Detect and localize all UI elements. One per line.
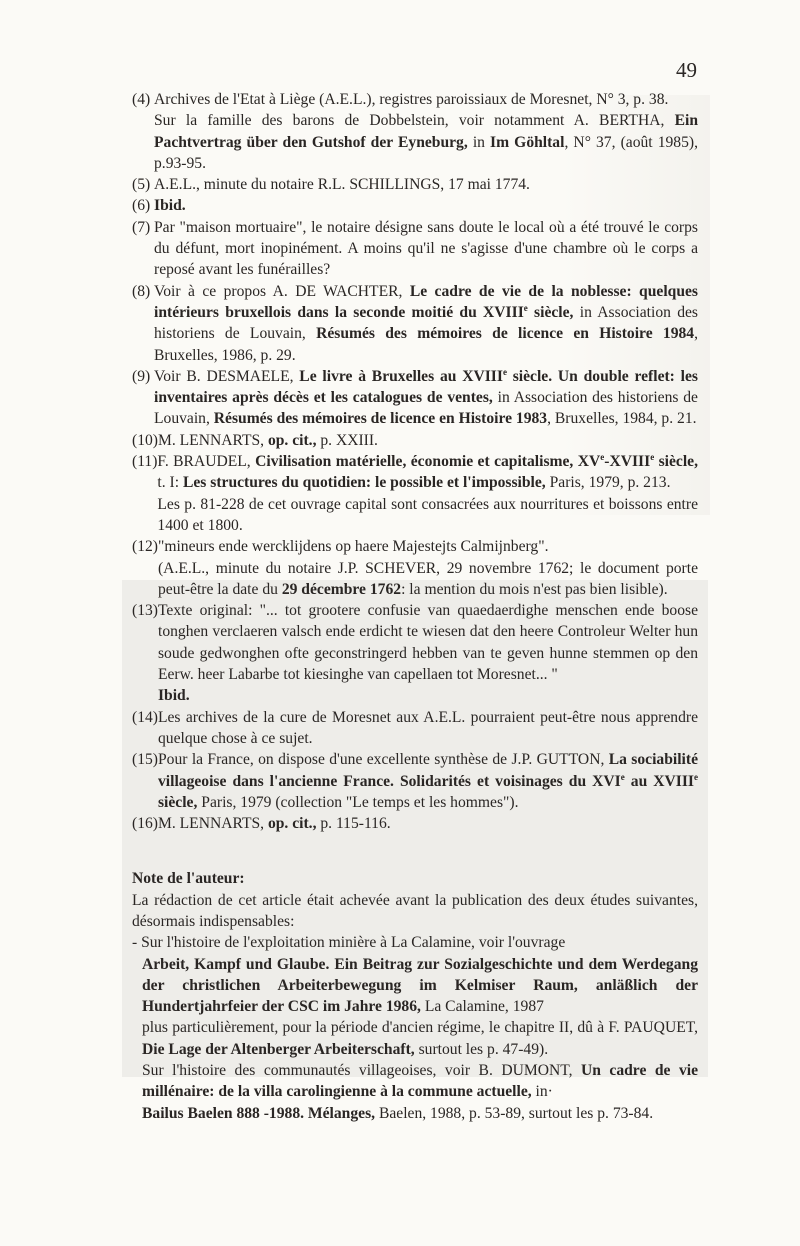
author-note: Note de l'auteur: La rédaction de cet ar… xyxy=(132,868,698,1124)
author-note-paragraph: Bailus Baelen 888 -1988. Mélanges, Baele… xyxy=(132,1103,698,1124)
bold-title: Le livre à Bruxelles au XVIII xyxy=(299,368,503,385)
text-run: Voir à ce propos A. DE WACHTER, xyxy=(154,283,410,300)
text-run: Archives de l'Etat à Liège (A.E.L.), reg… xyxy=(154,91,668,108)
footnote: (6)Ibid. xyxy=(154,195,698,216)
bold-title: Les structures du quotidien: le possible… xyxy=(183,474,546,491)
bold-title: Résumés des mémoires de licence en Histo… xyxy=(316,325,694,342)
footnotes-section: (4)Archives de l'Etat à Liège (A.E.L.), … xyxy=(154,89,698,1124)
text-run: in· xyxy=(532,1083,553,1100)
page-number: 49 xyxy=(676,58,697,83)
footnote-paragraph: Les p. 81-228 de cet ouvrage capital son… xyxy=(157,494,698,537)
footnote: (16)M. LENNARTS, op. cit., p. 115-116. xyxy=(154,813,698,834)
footnote-body: Ibid. xyxy=(154,195,698,216)
text-run: M. LENNARTS, xyxy=(158,432,268,449)
text-run: Les archives de la cure de Moresnet aux … xyxy=(158,709,698,747)
bold-title: au XVIII xyxy=(625,773,694,790)
footnote-paragraph: F. BRAUDEL, Civilisation matérielle, éco… xyxy=(157,451,698,494)
text-run: Paris, 1979, p. 213. xyxy=(546,474,671,491)
footnote-body: M. LENNARTS, op. cit., p. XXIII. xyxy=(158,430,698,451)
text-run: Paris, 1979 (collection "Le temps et les… xyxy=(197,794,518,811)
footnote: (9)Voir B. DESMAELE, Le livre à Bruxelle… xyxy=(154,366,698,430)
bold-title: siècle, xyxy=(528,304,574,321)
footnote-paragraph: Ibid. xyxy=(154,195,698,216)
footnote: (7)Par "maison mortuaire", le notaire dé… xyxy=(154,217,698,281)
bold-title: Civilisation matérielle, économie et cap… xyxy=(255,453,600,470)
footnote-paragraph: Sur la famille des barons de Dobbelstein… xyxy=(154,110,698,174)
bold-title: Résumés des mémoires de licence en Histo… xyxy=(214,410,547,427)
footnote: (5)A.E.L., minute du notaire R.L. SCHILL… xyxy=(154,174,698,195)
author-note-paragraph: Arbeit, Kampf und Glaube. Ein Beitrag zu… xyxy=(132,954,698,1018)
text-run: in xyxy=(468,134,490,151)
bold-title: siècle, xyxy=(158,794,197,811)
footnote-number: (10) xyxy=(132,430,158,451)
footnote-paragraph: A.E.L., minute du notaire R.L. SCHILLING… xyxy=(154,174,698,195)
footnote-paragraph: Ibid. xyxy=(158,685,698,706)
text-run: La Calamine, 1987 xyxy=(421,998,544,1015)
footnote-number: (7) xyxy=(132,217,154,281)
footnote-paragraph: Voir B. DESMAELE, Le livre à Bruxelles a… xyxy=(154,366,698,430)
footnote: (4)Archives de l'Etat à Liège (A.E.L.), … xyxy=(154,89,698,174)
footnote-body: Les archives de la cure de Moresnet aux … xyxy=(158,707,698,750)
footnote-paragraph: (A.E.L., minute du notaire J.P. SCHEVER,… xyxy=(158,558,698,601)
footnote-number: (5) xyxy=(132,174,154,195)
footnote-number: (6) xyxy=(132,195,154,216)
author-note-body: La rédaction de cet article était achevé… xyxy=(132,890,698,1124)
footnote-number: (15) xyxy=(132,749,158,813)
text-run: Par "maison mortuaire", le notaire désig… xyxy=(154,219,698,279)
footnote-body: A.E.L., minute du notaire R.L. SCHILLING… xyxy=(154,174,698,195)
footnote-number: (4) xyxy=(132,89,154,174)
bold-title: op. cit., xyxy=(268,815,317,832)
text-run: Baelen, 1988, p. 53-89, surtout les p. 7… xyxy=(375,1105,653,1122)
text-run: p. XXIII. xyxy=(316,432,378,449)
text-run: Texte original: "... tot grootere confus… xyxy=(158,602,698,683)
text-run: Sur la famille des barons de Dobbelstein… xyxy=(154,112,675,129)
text-run: Pour la France, on dispose d'une excelle… xyxy=(158,751,609,768)
footnote-paragraph: Par "maison mortuaire", le notaire désig… xyxy=(154,217,698,281)
footnote-number: (9) xyxy=(132,366,154,430)
footnote-number: (12) xyxy=(132,536,158,600)
text-run: plus particulièrement, pour la période d… xyxy=(142,1019,698,1036)
text-run: A.E.L., minute du notaire R.L. SCHILLING… xyxy=(154,176,530,193)
footnote: (8)Voir à ce propos A. DE WACHTER, Le ca… xyxy=(154,281,698,366)
text-run: M. LENNARTS, xyxy=(158,815,268,832)
superscript: e xyxy=(694,772,698,782)
footnote-body: F. BRAUDEL, Civilisation matérielle, éco… xyxy=(157,451,698,536)
bold-title: Ibid. xyxy=(158,687,190,704)
bold-title: Ibid. xyxy=(154,197,186,214)
footnote-body: Voir à ce propos A. DE WACHTER, Le cadre… xyxy=(154,281,698,366)
footnote-paragraph: Texte original: "... tot grootere confus… xyxy=(158,600,698,685)
text-run: surtout les p. 47-49). xyxy=(415,1041,548,1058)
bold-title: op. cit., xyxy=(268,432,317,449)
text-run: Sur l'histoire des communautés villageoi… xyxy=(142,1062,581,1079)
footnote: (11)F. BRAUDEL, Civilisation matérielle,… xyxy=(154,451,698,536)
footnote-paragraph: Pour la France, on dispose d'une excelle… xyxy=(158,749,698,813)
footnote-body: Pour la France, on dispose d'une excelle… xyxy=(158,749,698,813)
footnote-number: (13) xyxy=(132,600,158,706)
footnote-number: (14) xyxy=(132,707,158,750)
footnote-paragraph: Voir à ce propos A. DE WACHTER, Le cadre… xyxy=(154,281,698,366)
author-note-paragraph: - Sur l'histoire de l'exploitation miniè… xyxy=(132,932,698,953)
footnote: (15)Pour la France, on dispose d'une exc… xyxy=(154,749,698,813)
bold-title: Die Lage der Altenberger Arbeiterschaft, xyxy=(142,1041,415,1058)
author-note-heading: Note de l'auteur: xyxy=(132,868,698,889)
footnote-number: (11) xyxy=(132,451,157,536)
author-note-paragraph: plus particulièrement, pour la période d… xyxy=(132,1017,698,1060)
bold-title: -XVIII xyxy=(604,453,650,470)
footnote-body: M. LENNARTS, op. cit., p. 115-116. xyxy=(158,813,698,834)
text-run: "mineurs ende wercklijdens op haere Maje… xyxy=(158,538,548,555)
text-run: Les p. 81-228 de cet ouvrage capital son… xyxy=(157,496,698,534)
text-run: t. I: xyxy=(157,474,183,491)
bold-title: Bailus Baelen 888 -1988. Mélanges, xyxy=(142,1105,375,1122)
author-note-paragraph: La rédaction de cet article était achevé… xyxy=(132,890,698,933)
bold-title: 29 décembre 1762 xyxy=(282,581,401,598)
footnote-body: Par "maison mortuaire", le notaire désig… xyxy=(154,217,698,281)
footnote: (12)"mineurs ende wercklijdens op haere … xyxy=(154,536,698,600)
footnote: (14)Les archives de la cure de Moresnet … xyxy=(154,707,698,750)
footnote-body: "mineurs ende wercklijdens op haere Maje… xyxy=(158,536,698,600)
text-run: La rédaction de cet article était achevé… xyxy=(132,892,698,930)
footnote-number: (8) xyxy=(132,281,154,366)
author-note-paragraph: Sur l'histoire des communautés villageoi… xyxy=(132,1060,698,1103)
footnote-paragraph: Archives de l'Etat à Liège (A.E.L.), reg… xyxy=(154,89,698,110)
footnotes-list: (4)Archives de l'Etat à Liège (A.E.L.), … xyxy=(154,89,698,834)
footnote: (10)M. LENNARTS, op. cit., p. XXIII. xyxy=(154,430,698,451)
footnote-body: Archives de l'Etat à Liège (A.E.L.), reg… xyxy=(154,89,698,174)
footnote-paragraph: M. LENNARTS, op. cit., p. 115-116. xyxy=(158,813,698,834)
footnote-body: Texte original: "... tot grootere confus… xyxy=(158,600,698,706)
bold-title: Im Göhltal xyxy=(490,134,564,151)
footnote-number: (16) xyxy=(132,813,158,834)
footnote-body: Voir B. DESMAELE, Le livre à Bruxelles a… xyxy=(154,366,698,430)
text-run: : la mention du mois n'est pas bien lisi… xyxy=(401,581,668,598)
text-run: , Bruxelles, 1984, p. 21. xyxy=(547,410,696,427)
footnote: (13)Texte original: "... tot grootere co… xyxy=(154,600,698,706)
footnote-paragraph: Les archives de la cure de Moresnet aux … xyxy=(158,707,698,750)
text-run: F. BRAUDEL, xyxy=(157,453,255,470)
text-run: p. 115-116. xyxy=(316,815,390,832)
footnote-paragraph: "mineurs ende wercklijdens op haere Maje… xyxy=(158,536,698,557)
text-run: Voir B. DESMAELE, xyxy=(154,368,299,385)
footnote-paragraph: M. LENNARTS, op. cit., p. XXIII. xyxy=(158,430,698,451)
text-run: - Sur l'histoire de l'exploitation miniè… xyxy=(132,934,565,951)
bold-title: siècle, xyxy=(654,453,698,470)
